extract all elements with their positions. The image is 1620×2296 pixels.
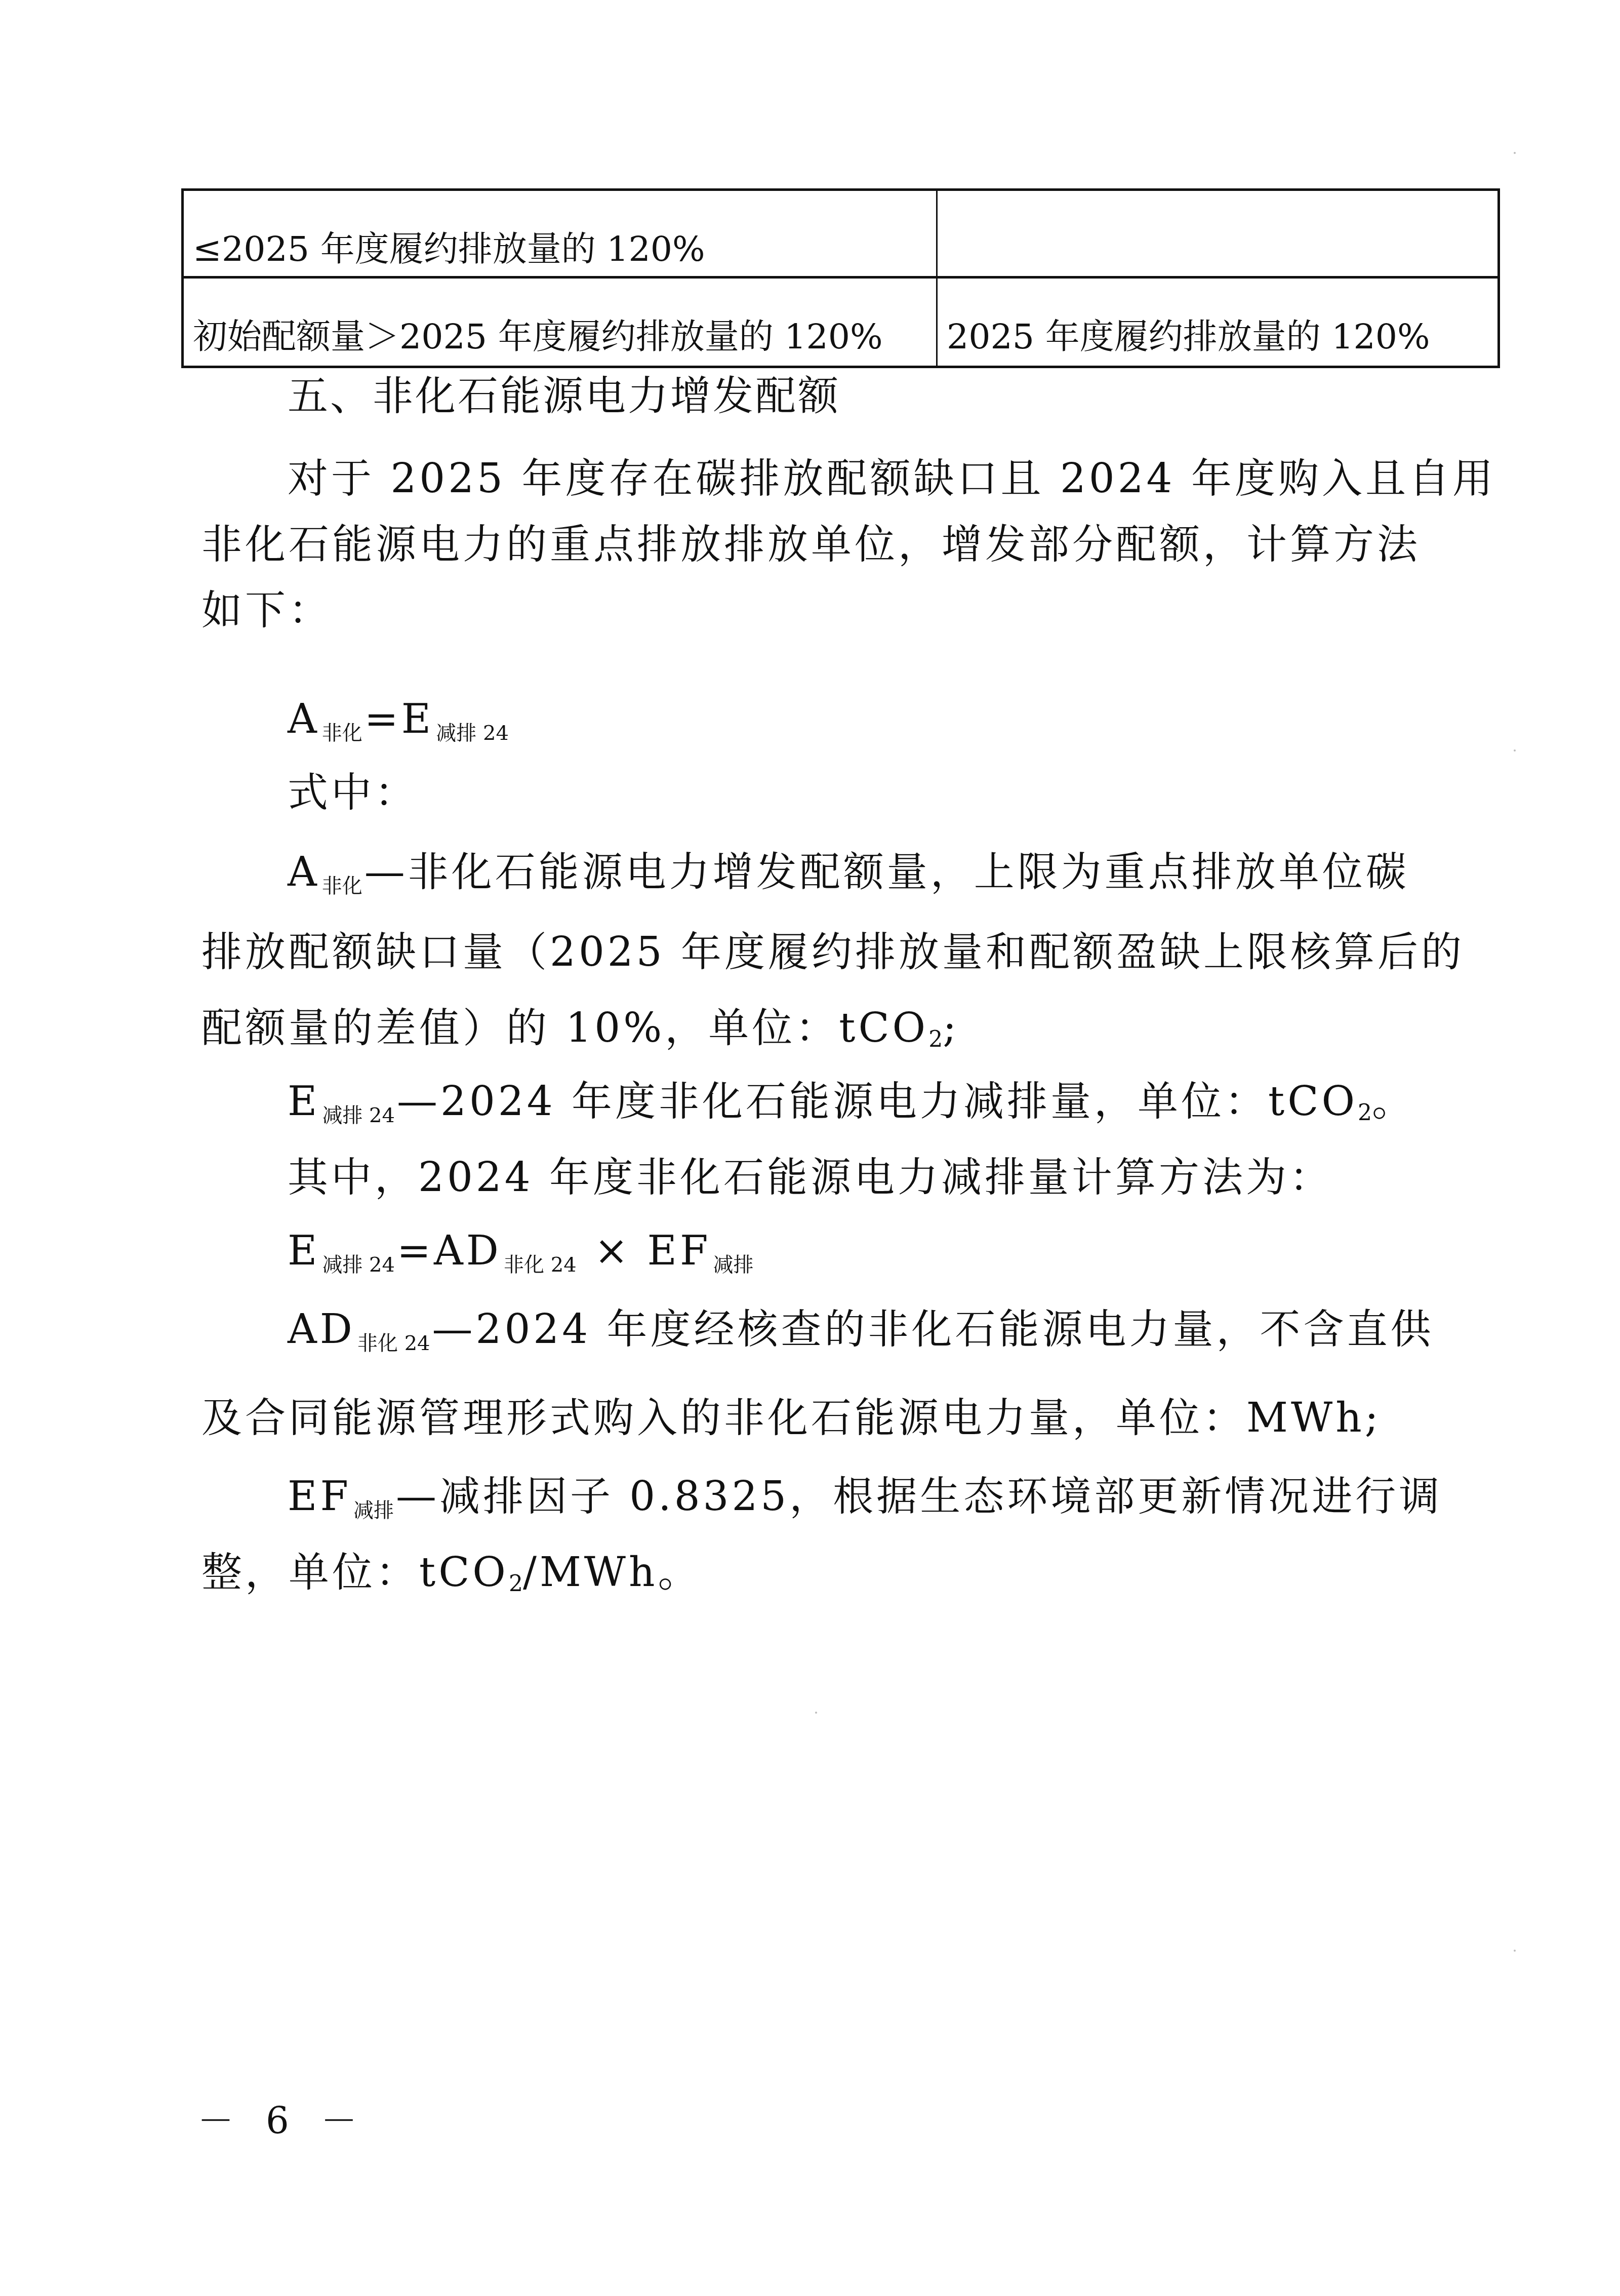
formula-operator: = xyxy=(397,1227,434,1274)
definition-subscript: 非化 xyxy=(322,875,362,898)
table-cell xyxy=(937,190,1499,278)
definition-ad-line: AD非化 24—2024 年度经核查的非化石能源电力量，不含直供 xyxy=(288,1309,1434,1354)
table-cell: 2025 年度履约排放量的 120% xyxy=(937,278,1499,367)
paragraph-line: 对于 2025 年度存在碳排放配额缺口且 2024 年度购入且自用 xyxy=(288,458,1496,499)
definition-subscript: 减排 24 xyxy=(322,1104,395,1127)
formula-allocation: A非化=E减排 24 xyxy=(288,699,511,743)
paragraph-line: 排放配额缺口量（2025 年度履约排放量和配额盈缺上限核算后的 xyxy=(201,932,1465,972)
definition-symbol: AD xyxy=(288,1305,355,1353)
paragraph-line: 非化石能源电力的重点排放排放单位，增发部分配额，计算方法 xyxy=(201,524,1421,565)
formula-subscript: 非化 xyxy=(322,722,362,745)
table-row: ≤2025 年度履约排放量的 120% xyxy=(183,190,1499,278)
where-label: 式中： xyxy=(288,772,418,813)
scan-speck xyxy=(1514,1950,1516,1952)
formula-subscript: 减排 24 xyxy=(436,722,509,745)
definition-text: 整，单位：tCO xyxy=(201,1549,509,1596)
scan-speck xyxy=(815,1712,817,1714)
document-page: ≤2025 年度履约排放量的 120% 初始配额量＞2025 年度履约排放量的 … xyxy=(0,0,1620,2296)
subscript: 2 xyxy=(509,1571,523,1597)
paragraph-line: 及合同能源管理形式购入的非化石能源电力量，单位：MWh; xyxy=(201,1398,1382,1438)
table-cell: ≤2025 年度履约排放量的 120% xyxy=(183,190,937,278)
formula-symbol: E xyxy=(401,695,434,742)
formula-operator: × xyxy=(579,1227,647,1274)
allocation-table: ≤2025 年度履约排放量的 120% 初始配额量＞2025 年度履约排放量的 … xyxy=(181,188,1500,368)
page-number: － 6 － xyxy=(197,2091,368,2144)
definition-symbol: E xyxy=(288,1078,320,1125)
section-heading: 五、非化石能源电力增发配额 xyxy=(288,376,840,416)
definition-symbol: EF xyxy=(288,1473,351,1520)
formula-operator: = xyxy=(364,695,401,742)
scan-speck xyxy=(1514,749,1516,751)
definition-subscript: 减排 xyxy=(353,1499,394,1522)
definition-text: —减排因子 0.8325，根据生态环境部更新情况进行调 xyxy=(396,1473,1442,1520)
definition-e-line: E减排 24—2024 年度非化石能源电力减排量，单位：tCO2。 xyxy=(288,1081,1415,1126)
subscript: 2 xyxy=(1358,1100,1372,1126)
formula-symbol: E xyxy=(288,1227,320,1274)
table-cell: 初始配额量＞2025 年度履约排放量的 120% xyxy=(183,278,937,367)
definition-text: —2024 年度非化石能源电力减排量，单位：tCO xyxy=(397,1078,1358,1125)
subscript: 2 xyxy=(928,1026,943,1052)
paragraph-line: 整，单位：tCO2/MWh。 xyxy=(201,1552,702,1595)
formula-symbol: A xyxy=(288,695,320,742)
definition-symbol: A xyxy=(288,848,320,895)
formula-subscript: 减排 xyxy=(713,1253,753,1277)
definition-text: 。 xyxy=(1372,1078,1415,1125)
formula-subscript: 非化 24 xyxy=(504,1253,577,1277)
definition-ef-line: EF减排—减排因子 0.8325，根据生态环境部更新情况进行调 xyxy=(288,1476,1442,1521)
formula-subscript: 减排 24 xyxy=(322,1253,395,1277)
paragraph-line: 配额量的差值）的 10%，单位：tCO2; xyxy=(201,1008,959,1051)
formula-symbol: AD xyxy=(434,1227,502,1274)
definition-a-line: A非化—非化石能源电力增发配额量，上限为重点排放单位碳 xyxy=(288,852,1409,896)
method-line: 其中，2024 年度非化石能源电力减排量计算方法为： xyxy=(288,1157,1333,1198)
definition-text: ; xyxy=(943,1004,959,1051)
definition-text: —2024 年度经核查的非化石能源电力量，不含直供 xyxy=(432,1305,1434,1353)
definition-text: 配额量的差值）的 10%，单位：tCO xyxy=(201,1004,928,1051)
paragraph-line: 如下： xyxy=(201,590,332,630)
scan-speck xyxy=(1514,152,1516,154)
table-row: 初始配额量＞2025 年度履约排放量的 120% 2025 年度履约排放量的 1… xyxy=(183,278,1499,367)
definition-text: /MWh。 xyxy=(523,1549,702,1596)
formula-symbol: EF xyxy=(647,1227,711,1274)
definition-text: —非化石能源电力增发配额量，上限为重点排放单位碳 xyxy=(364,848,1409,895)
definition-subscript: 非化 24 xyxy=(357,1332,430,1355)
formula-reduction: E减排 24=AD非化 24 × EF减排 xyxy=(288,1231,755,1275)
